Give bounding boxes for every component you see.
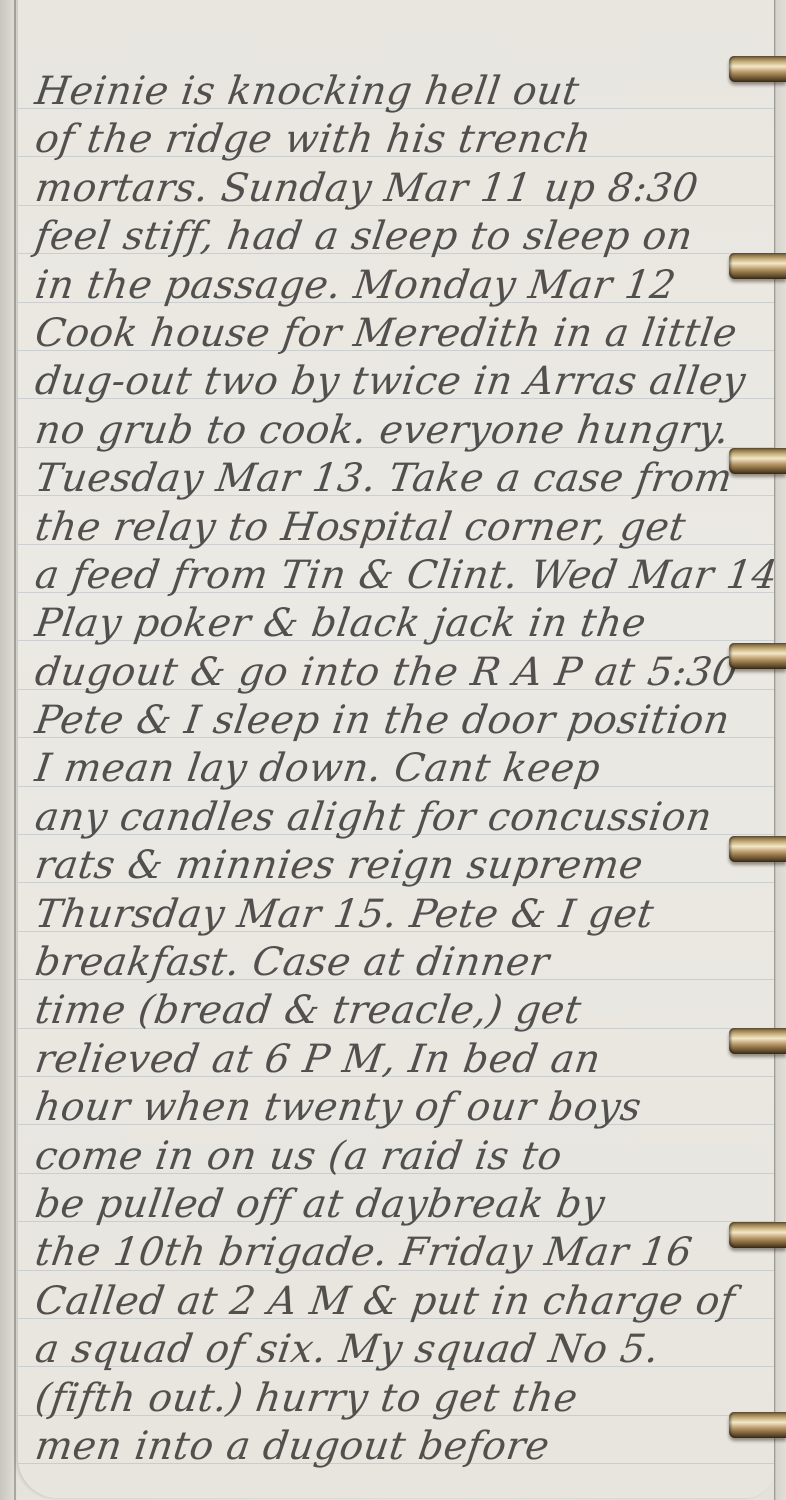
text-line: Pete & I sleep in the door position bbox=[32, 697, 739, 745]
previous-page-edge bbox=[14, 0, 16, 1500]
spiral-ring bbox=[729, 643, 786, 669]
text-line: of the ridge with his trench bbox=[32, 116, 739, 164]
spiral-ring bbox=[729, 1222, 786, 1248]
text-line: a squad of six. My squad No 5. bbox=[32, 1326, 739, 1374]
text-line: (fifth out.) hurry to get the bbox=[32, 1375, 739, 1423]
text-line: men into a dugout before bbox=[32, 1423, 739, 1471]
text-line: time (bread & treacle,) get bbox=[32, 987, 739, 1035]
text-line: be pulled off at daybreak by bbox=[32, 1181, 739, 1229]
spiral-ring bbox=[729, 1028, 786, 1054]
text-line: Play poker & black jack in the bbox=[32, 600, 739, 648]
text-line: relieved at 6 P M, In bed an bbox=[32, 1036, 739, 1084]
text-line: in the passage. Monday Mar 12 bbox=[32, 262, 739, 310]
spiral-ring bbox=[729, 253, 786, 279]
spiral-ring bbox=[729, 448, 786, 474]
page-spine-edge bbox=[774, 0, 786, 1500]
text-line: hour when twenty of our boys bbox=[32, 1084, 739, 1132]
text-line: the relay to Hospital corner, get bbox=[32, 504, 739, 552]
text-line: Cook house for Meredith in a little bbox=[32, 310, 739, 358]
text-line: no grub to cook. everyone hungry. bbox=[32, 407, 739, 455]
handwritten-text: Heinie is knocking hell out of the ridge… bbox=[32, 68, 732, 1471]
text-line: Called at 2 A M & put in charge of bbox=[32, 1278, 739, 1326]
text-line: come in on us (a raid is to bbox=[32, 1133, 739, 1181]
text-line: I mean lay down. Cant keep bbox=[32, 745, 739, 793]
text-line: any candles alight for concussion bbox=[32, 794, 739, 842]
spiral-ring bbox=[729, 56, 786, 82]
text-line: breakfast. Case at dinner bbox=[32, 939, 739, 987]
text-line: mortars. Sunday Mar 11 up 8:30 bbox=[32, 165, 739, 213]
text-line: feel stiff, had a sleep to sleep on bbox=[32, 213, 739, 261]
text-line: a feed from Tin & Clint. Wed Mar 14 bbox=[32, 552, 739, 600]
text-line: the 10th brigade. Friday Mar 16 bbox=[32, 1229, 739, 1277]
text-line: dugout & go into the R A P at 5:30 bbox=[32, 649, 739, 697]
text-line: Heinie is knocking hell out bbox=[32, 68, 739, 116]
spiral-ring bbox=[729, 836, 786, 862]
text-line: Thursday Mar 15. Pete & I get bbox=[32, 891, 739, 939]
spiral-ring bbox=[729, 1412, 786, 1438]
text-line: Tuesday Mar 13. Take a case from bbox=[32, 455, 739, 503]
notebook-photo: Heinie is knocking hell out of the ridge… bbox=[0, 0, 786, 1500]
text-line: dug-out two by twice in Arras alley bbox=[32, 358, 739, 406]
text-line: rats & minnies reign supreme bbox=[32, 842, 739, 890]
